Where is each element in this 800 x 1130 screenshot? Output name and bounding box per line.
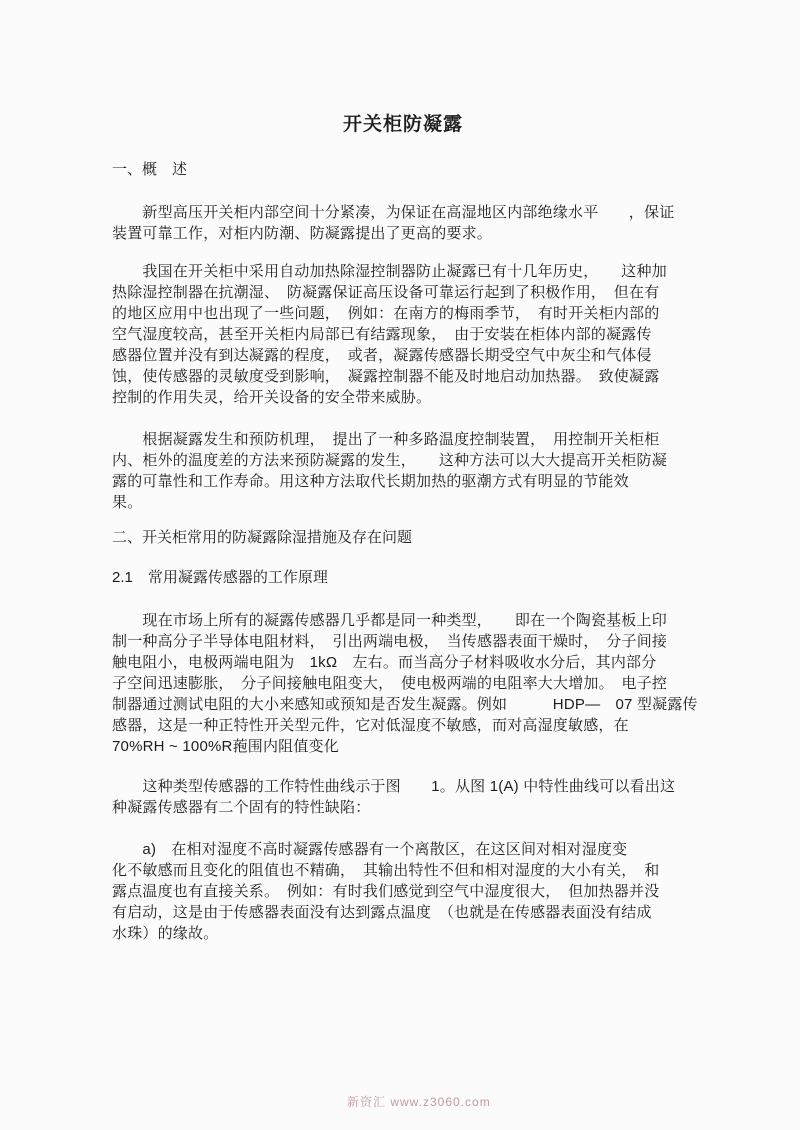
paragraph-overview-1: 新型高压开关柜内部空间十分紧凑，为保证在高湿地区内部绝缘水平 ，保证 装置可靠工… bbox=[112, 202, 694, 244]
paragraph-sensor-principle: 现在市场上所有的凝露传感器几乎都是同一种类型， 即在一个陶瓷基板上印 制一种高分… bbox=[112, 610, 694, 757]
document-content: 开关柜防凝露 一、概 述 新型高压开关柜内部空间十分紧凑，为保证在高湿地区内部绝… bbox=[112, 110, 694, 944]
watermark-text: 新资汇 www.z3060.com bbox=[347, 1094, 491, 1110]
paragraph-defect-a: a) 在相对湿度不高时凝露传感器有一个离散区，在这区间对相对湿度变 化不敏感而且… bbox=[112, 839, 694, 944]
section-2-1-heading: 2.1 常用凝露传感器的工作原理 bbox=[112, 567, 694, 588]
section-2-heading: 二、开关柜常用的防凝露除湿措施及存在问题 bbox=[112, 527, 694, 548]
section-1-heading: 一、概 述 bbox=[112, 159, 694, 180]
paragraph-overview-3: 根据凝露发生和预防机理， 提出了一种多路温度控制装置， 用控制开关柜柜 内、柜外… bbox=[112, 429, 694, 513]
paragraph-curve-intro: 这种类型传感器的工作特性曲线示于图 1。从图 1(A) 中特性曲线可以看出这 种… bbox=[112, 776, 694, 818]
document-page: 开关柜防凝露 一、概 述 新型高压开关柜内部空间十分紧凑，为保证在高湿地区内部绝… bbox=[0, 0, 800, 1130]
paragraph-overview-2: 我国在开关柜中采用自动加热除湿控制器防止凝露已有十几年历史， 这种加 热除湿控制… bbox=[112, 261, 694, 408]
document-title: 开关柜防凝露 bbox=[112, 110, 694, 139]
